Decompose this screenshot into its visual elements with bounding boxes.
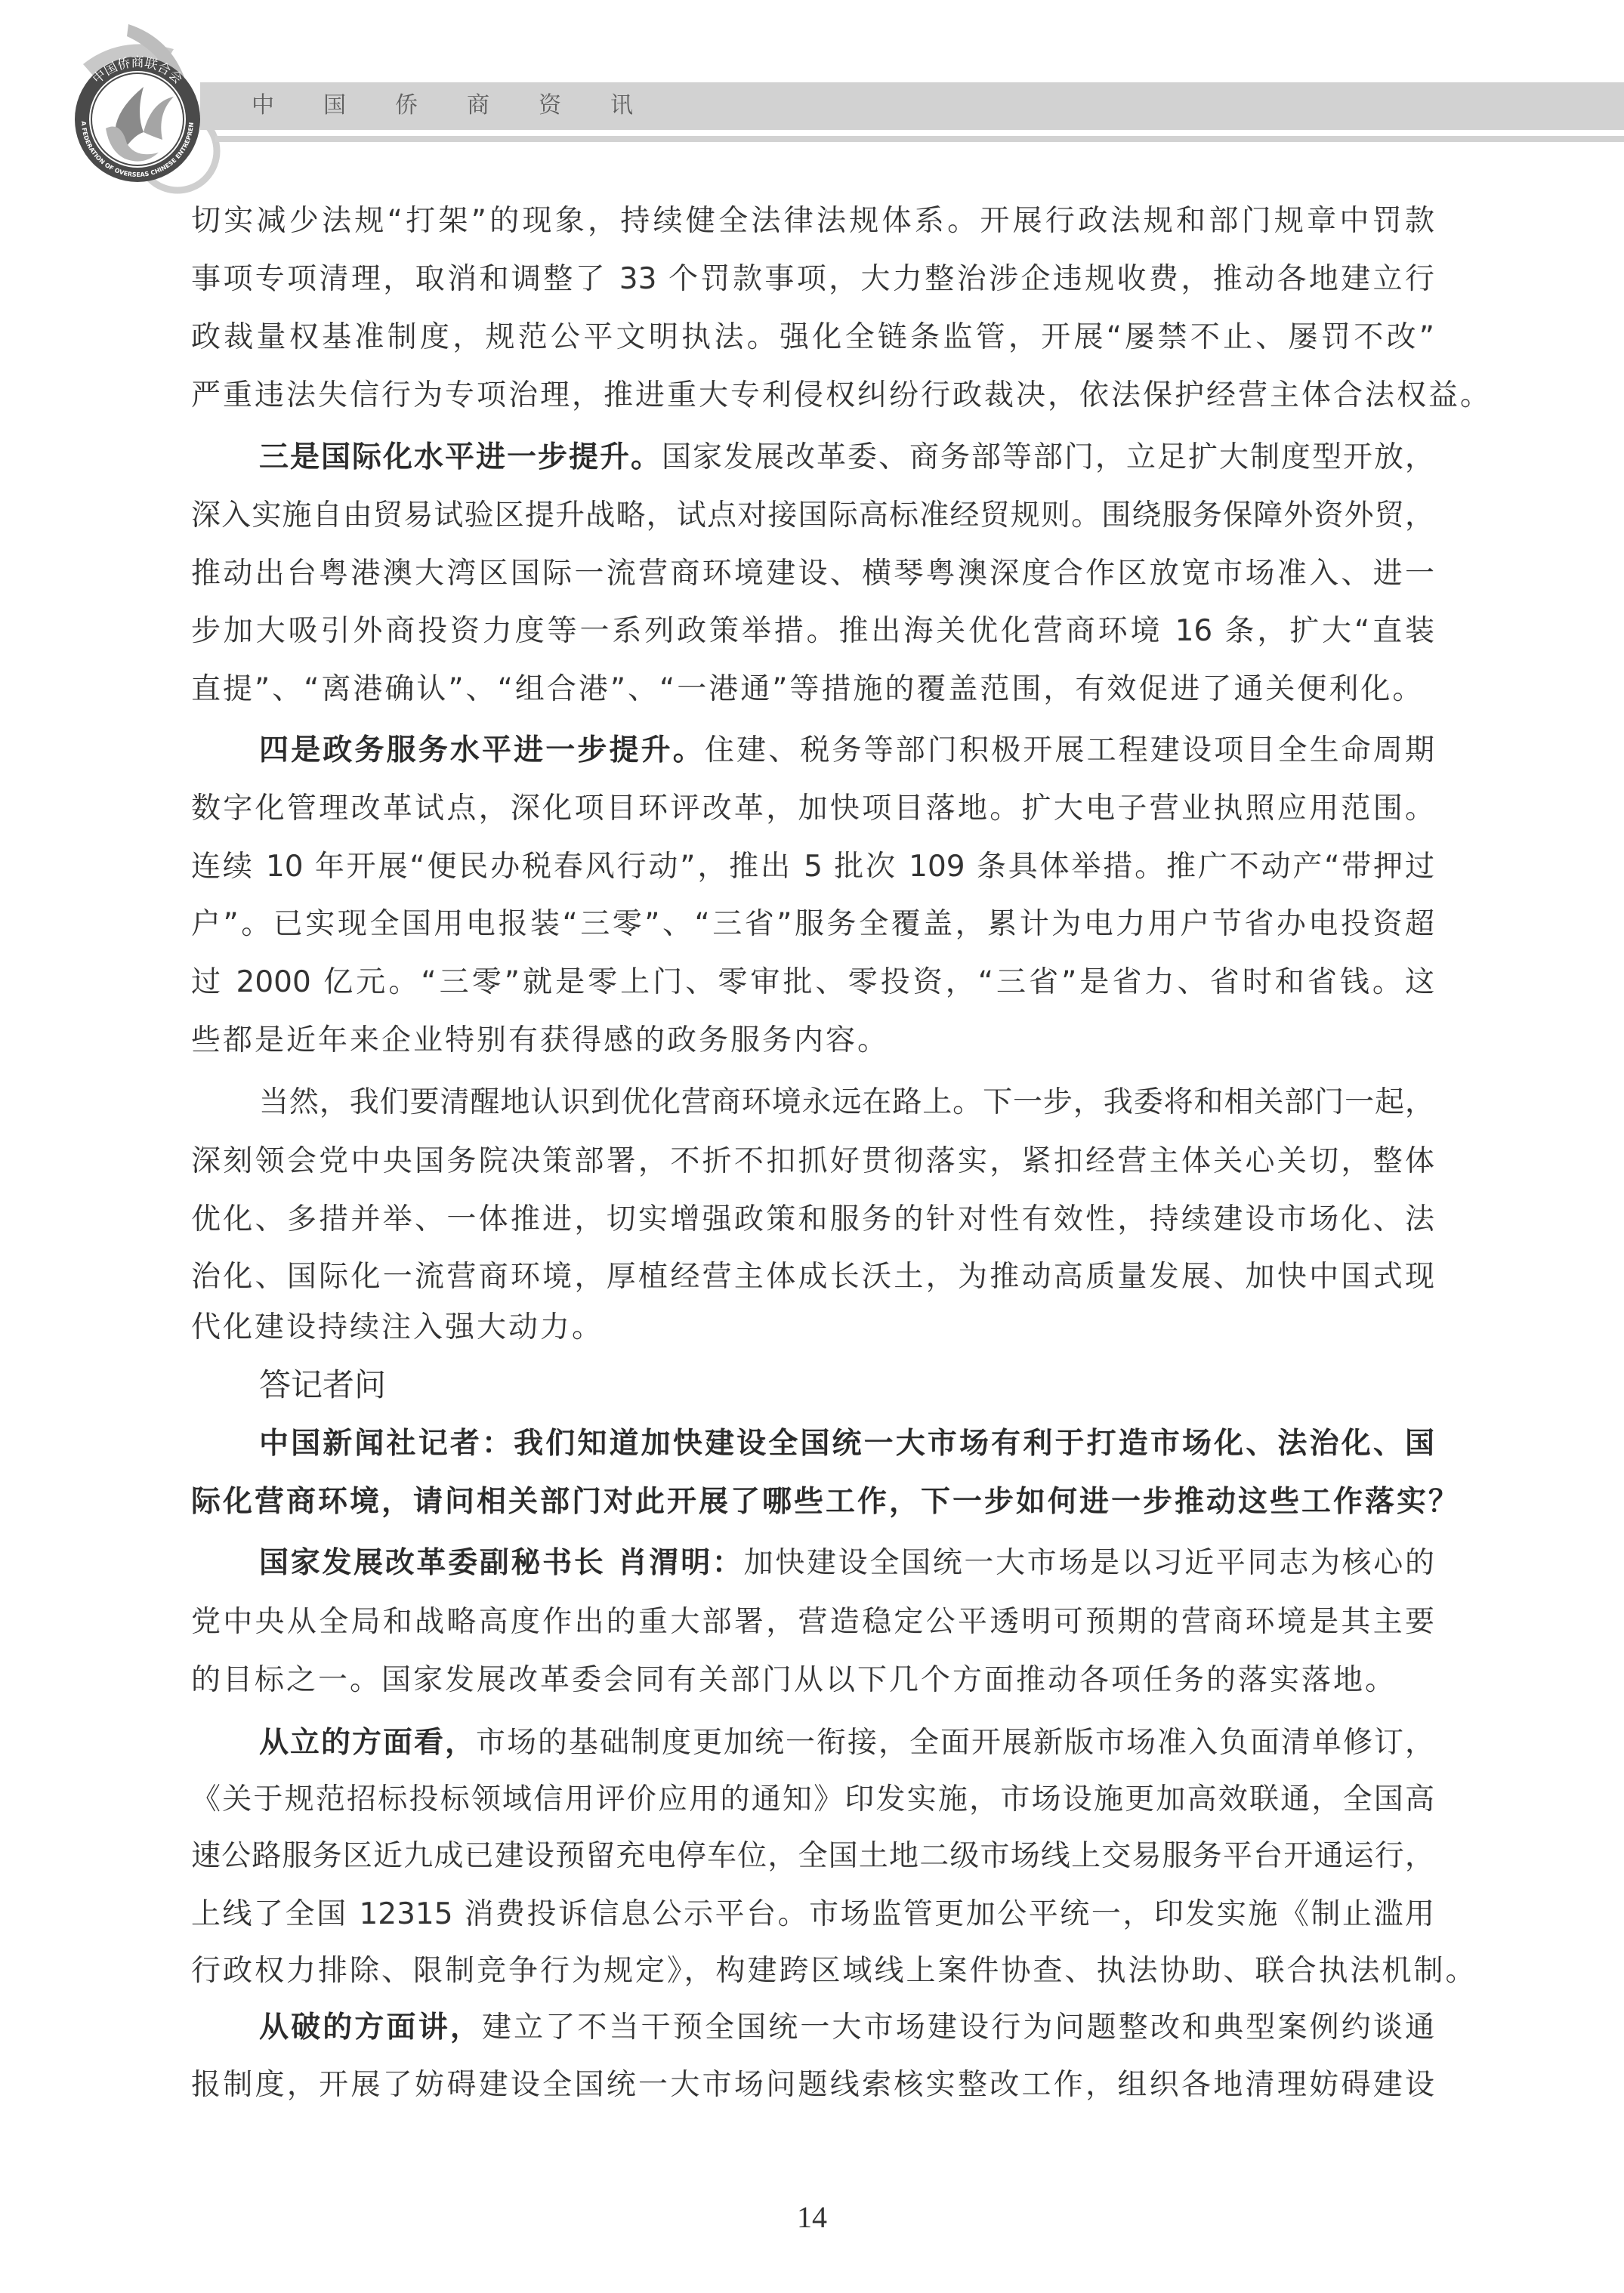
text-line: 过 2000 亿元。“三零”就是零上门、零审批、零投资，“三省”是省力、省时和省… (191, 966, 1434, 999)
line-text: 切实减少法规“打架”的现象，持续健全法律法规体系。开展行政法规和部门规章中罚款 (191, 204, 1434, 238)
text-line: 些都是近年来企业特别有获得感的政务服务内容。 (191, 1024, 1434, 1057)
line-text: 连续 10 年开展“便民办税春风行动”，推出 5 批次 109 条具体举措。推广… (191, 850, 1434, 884)
text-line: 推动出台粤港澳大湾区国际一流营商环境建设、横琴粤澳深度合作区放宽市场准入、进一 (191, 557, 1434, 591)
text-line: 党中央从全局和战略高度作出的重大部署，营造稳定公平透明可预期的营商环境是其主要 (191, 1606, 1434, 1639)
line-text: 政裁量权基准制度，规范公平文明执法。强化全链条监管，开展“屡禁不止、屡罚不改” (191, 320, 1434, 354)
line-text: 党中央从全局和战略高度作出的重大部署，营造稳定公平透明可预期的营商环境是其主要 (191, 1605, 1434, 1639)
line-text: 过 2000 亿元。“三零”就是零上门、零审批、零投资，“三省”是省力、省时和省… (191, 965, 1434, 999)
line-text: 市场的基础制度更加统一衔接，全面开展新版市场准入负面清单修订， (476, 1726, 1434, 1760)
text-line: 三是国际化水平进一步提升。国家发展改革委、商务部等部门，立足扩大制度型开放， (259, 441, 1434, 474)
line-text: 些都是近年来企业特别有获得感的政务服务内容。 (191, 1023, 889, 1057)
text-line: 深入实施自由贸易试验区提升战略，试点对接国际高标准经贸规则。围绕服务保障外资外贸… (191, 499, 1434, 532)
text-line: 行政权力排除、限制竞争行为规定》，构建跨区域线上案件协查、执法协助、联合执法机制… (191, 1955, 1434, 1988)
line-text: 治化、国际化一流营商环境，厚植经营主体成长沃土，为推动高质量发展、加快中国式现 (191, 1260, 1434, 1294)
line-text: 住建、税务等部门积极开展工程建设项目全生命周期 (705, 733, 1434, 767)
article-body: 切实减少法规“打架”的现象，持续健全法律法规体系。开展行政法规和部门规章中罚款事… (0, 0, 1624, 2293)
line-text: 数字化管理改革试点，深化项目环评改革，加快项目落地。扩大电子营业执照应用范围。 (191, 792, 1434, 826)
page-number: 14 (786, 2199, 838, 2235)
bold-lead: 三是国际化水平进一步提升。 (259, 440, 662, 474)
text-line: 从立的方面看，市场的基础制度更加统一衔接，全面开展新版市场准入负面清单修订， (259, 1727, 1434, 1760)
text-line: 步加大吸引外商投资力度等一系列政策举措。推出海关优化营商环境 16 条，扩大“直… (191, 615, 1434, 648)
bold-lead: 从破的方面讲， (259, 2011, 482, 2045)
text-line: 连续 10 年开展“便民办税春风行动”，推出 5 批次 109 条具体举措。推广… (191, 850, 1434, 884)
line-text: 严重违法失信行为专项治理，推进重大专利侵权纠纷行政裁决，依法保护经营主体合法权益… (191, 378, 1492, 412)
line-text: 加快建设全国统一大市场是以习近平同志为核心的 (744, 1546, 1434, 1580)
line-text: 深刻领会党中央国务院决策部署，不折不扣抓好贯彻落实，紧扣经营主体关心关切，整体 (191, 1144, 1434, 1178)
text-line: 户”。已实现全国用电报装“三零”、“三省”服务全覆盖，累计为电力用户节省办电投资… (191, 908, 1434, 941)
text-line: 《关于规范招标投标领域信用评价应用的通知》印发实施，市场设施更加高效联通，全国高 (191, 1783, 1434, 1816)
bold-lead: 国家发展改革委副秘书长 肖渭明： (259, 1546, 744, 1580)
line-text: 速公路服务区近九成已建设预留充电停车位，全国土地二级市场线上交易服务平台开通运行… (191, 1839, 1434, 1873)
text-line: 数字化管理改革试点，深化项目环评改革，加快项目落地。扩大电子营业执照应用范围。 (191, 792, 1434, 826)
text-line: 中国新闻社记者：我们知道加快建设全国统一大市场有利于打造市场化、法治化、国 (259, 1427, 1434, 1461)
line-text: 《关于规范招标投标领域信用评价应用的通知》印发实施，市场设施更加高效联通，全国高 (191, 1782, 1434, 1816)
bold-lead: 中国新闻社记者：我们知道加快建设全国统一大市场有利于打造市场化、法治化、国 (259, 1427, 1434, 1461)
line-text: 当然，我们要清醒地认识到优化营商环境永远在路上。下一步，我委将和相关部门一起， (259, 1085, 1434, 1119)
text-line: 四是政务服务水平进一步提升。住建、税务等部门积极开展工程建设项目全生命周期 (259, 734, 1434, 767)
text-line: 从破的方面讲，建立了不当干预全国统一大市场建设行为问题整改和典型案例约谈通 (259, 2011, 1434, 2045)
qa-section-heading: 答记者问 (259, 1368, 386, 1403)
text-line: 政裁量权基准制度，规范公平文明执法。强化全链条监管，开展“屡禁不止、屡罚不改” (191, 321, 1434, 354)
text-line: 速公路服务区近九成已建设预留充电停车位，全国土地二级市场线上交易服务平台开通运行… (191, 1840, 1434, 1873)
text-line: 切实减少法规“打架”的现象，持续健全法律法规体系。开展行政法规和部门规章中罚款 (191, 205, 1434, 238)
line-text: 行政权力排除、限制竞争行为规定》，构建跨区域线上案件协查、执法协助、联合执法机制… (191, 1954, 1477, 1988)
text-line: 优化、多措并举、一体推进，切实增强政策和服务的针对性有效性，持续建设市场化、法 (191, 1203, 1434, 1236)
line-text: 上线了全国 12315 消费投诉信息公示平台。市场监管更加公平统一，印发实施《制… (191, 1897, 1434, 1931)
line-text: 直提”、“离港确认”、“组合港”、“一港通”等措施的覆盖范围，有效促进了通关便利… (191, 672, 1424, 706)
text-line: 的目标之一。国家发展改革委会同有关部门从以下几个方面推动各项任务的落实落地。 (191, 1664, 1434, 1697)
text-line: 上线了全国 12315 消费投诉信息公示平台。市场监管更加公平统一，印发实施《制… (191, 1898, 1434, 1931)
text-line: 治化、国际化一流营商环境，厚植经营主体成长沃土，为推动高质量发展、加快中国式现 (191, 1261, 1434, 1294)
bold-lead: 从立的方面看， (259, 1726, 476, 1760)
line-text: 步加大吸引外商投资力度等一系列政策举措。推出海关优化营商环境 16 条，扩大“直… (191, 614, 1434, 648)
bold-lead: 际化营商环境，请问相关部门对此开展了哪些工作，下一步如何进一步推动这些工作落实？ (191, 1485, 1460, 1519)
line-text: 代化建设持续注入强大动力。 (191, 1310, 604, 1344)
text-line: 深刻领会党中央国务院决策部署，不折不扣抓好贯彻落实，紧扣经营主体关心关切，整体 (191, 1145, 1434, 1178)
text-line: 严重违法失信行为专项治理，推进重大专利侵权纠纷行政裁决，依法保护经营主体合法权益… (191, 379, 1434, 412)
line-text: 国家发展改革委、商务部等部门，立足扩大制度型开放， (662, 440, 1434, 474)
text-line: 报制度，开展了妨碍建设全国统一大市场问题线索核实整改工作，组织各地清理妨碍建设 (191, 2069, 1434, 2102)
line-text: 深入实施自由贸易试验区提升战略，试点对接国际高标准经贸规则。围绕服务保障外资外贸… (191, 498, 1434, 532)
line-text: 事项专项清理，取消和调整了 33 个罚款事项，大力整治涉企违规收费，推动各地建立… (191, 262, 1434, 296)
line-text: 报制度，开展了妨碍建设全国统一大市场问题线索核实整改工作，组织各地清理妨碍建设 (191, 2068, 1434, 2102)
line-text: 建立了不当干预全国统一大市场建设行为问题整改和典型案例约谈通 (482, 2011, 1434, 2045)
bold-lead: 四是政务服务水平进一步提升。 (259, 733, 705, 767)
text-line: 当然，我们要清醒地认识到优化营商环境永远在路上。下一步，我委将和相关部门一起， (259, 1086, 1434, 1119)
line-text: 推动出台粤港澳大湾区国际一流营商环境建设、横琴粤澳深度合作区放宽市场准入、进一 (191, 557, 1434, 591)
text-line: 国家发展改革委副秘书长 肖渭明：加快建设全国统一大市场是以习近平同志为核心的 (259, 1547, 1434, 1580)
text-line: 事项专项清理，取消和调整了 33 个罚款事项，大力整治涉企违规收费，推动各地建立… (191, 263, 1434, 296)
line-text: 户”。已实现全国用电报装“三零”、“三省”服务全覆盖，累计为电力用户节省办电投资… (191, 907, 1434, 941)
text-line: 直提”、“离港确认”、“组合港”、“一港通”等措施的覆盖范围，有效促进了通关便利… (191, 673, 1434, 706)
line-text: 的目标之一。国家发展改革委会同有关部门从以下几个方面推动各项任务的落实落地。 (191, 1663, 1397, 1697)
line-text: 优化、多措并举、一体推进，切实增强政策和服务的针对性有效性，持续建设市场化、法 (191, 1202, 1434, 1236)
text-line: 际化营商环境，请问相关部门对此开展了哪些工作，下一步如何进一步推动这些工作落实？ (191, 1486, 1434, 1519)
text-line: 代化建设持续注入强大动力。 (191, 1311, 1434, 1344)
